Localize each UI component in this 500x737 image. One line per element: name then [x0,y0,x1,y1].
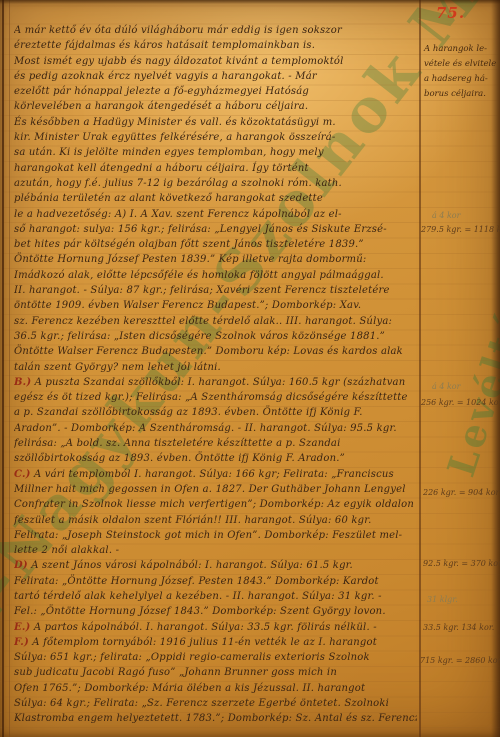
text-line: Felirata: „Joseph Steinstock got mich in… [14,528,417,543]
text-line: Klastromba engem helyeztetett. 1783.”; D… [14,711,417,726]
text-line-body: A puszta Szandai szöllőkből: I. harangot… [31,377,405,388]
margin-note-total-f: 715 kgr. = 2860 kor. [420,654,500,668]
text-line: C.) A vári templomból I. harangot. Súlya… [14,467,417,482]
text-line: talán szent György? nem lehet jól látni. [14,360,417,375]
margin-note-total-b: 256 kgr. = 1024 kor. [421,396,500,410]
text-line: a p. Szandai szöllőbirtokosság az 1893. … [14,405,417,420]
text-line-body: A szent János városi kápolnából: I. hara… [28,560,353,571]
text-line: Felirata: „Öntötte Hornung József. Peste… [14,574,417,589]
left-edge-line [2,0,4,737]
section-letter-B: B.) [14,377,31,388]
margin-note-rate-b: á 4 kor [432,380,460,394]
text-line: Imádkozó alak, előtte lépcsőféle és homl… [14,268,417,283]
margin-note-total-a: 279.5 kgr. = 1118 kor. [421,223,500,237]
text-line: azután, hogy f.é. julius 7-12 ig bezáról… [14,176,417,191]
section-letter-C: C.) [14,469,31,480]
text-line: sz. Ferencz kezében kereszttel előtte té… [14,314,417,329]
text-line: II. harangot. - Súlya: 87 kgr.; felirása… [14,283,417,298]
text-line: Öntötte Walser Ferencz Budapesten.” Domb… [14,344,417,359]
text-line: bet hites pár költségén olajban főtt sze… [14,237,417,252]
text-line: ső harangot: sulya: 156 kgr.; felirása: … [14,222,417,237]
manuscript-text: A már kettő év óta dúló világháboru már … [14,23,417,727]
text-line-body: A partos kápolnából. I. harangot. Súlya:… [30,622,376,633]
margin-note-rate-a: á 4 kor [432,209,460,223]
text-line: harangokat kell átengedni a háboru célja… [14,161,417,176]
text-line: B.) A puszta Szandai szöllőkből: I. hara… [14,375,417,390]
text-line: Aradon”. - Domborkép: A Szentháromság. -… [14,421,417,436]
section-letter-F: F.) [14,637,29,648]
text-line: sa után. Ki is jelölte minden egyes temp… [14,145,417,160]
text-line: és pedig azoknak ércz nyelvét vagyis a h… [14,69,417,84]
text-line: Ofen 1765.”; Domborkép: Mária ölében a k… [14,681,417,696]
text-line: E.) A partos kápolnából. I. harangot. Sú… [14,620,417,635]
text-line: öntötte 1909. évben Walser Ferencz Budap… [14,298,417,313]
text-line: Súlya: 651 kgr.; felirata: „Oppidi regio… [14,650,417,665]
text-line-body: A főtemplom tornyából: 1916 julius 11-én… [29,637,377,648]
manuscript-page: Jász-Nagykun-Szolnok Megyei Levéltár 75.… [0,0,500,737]
text-line: szöllőbirtokosság az 1893. évben. Öntött… [14,451,417,466]
text-line: 36.5 kgr.; felirása: „Isten dicsőségére … [14,329,417,344]
text-line: feszület a másik oldalon szent Flórián!!… [14,513,417,528]
text-line: le a hadvezetőség: A) I. A Xav. szent Fe… [14,207,417,222]
margin-note-total-d: 92.5 kgr. = 370 kor. [423,557,500,571]
text-line: Confrater in Szolnok liesse mich verfert… [14,497,417,512]
text-line: felirása: „A bold. sz. Anna tiszteletére… [14,436,417,451]
text-line: Öntötte Hornung József Pesten 1839.” Kép… [14,252,417,267]
right-margin-rule [419,0,421,737]
page-number: 75. [436,4,465,22]
text-line: Súlya: 64 kgr.; Felirata: „Sz. Ferencz s… [14,696,417,711]
text-line: lette 2 női alakkal. - [14,543,417,558]
text-line: sub judicatu Jacobi Ragó fuso” „Johann B… [14,665,417,680]
text-line: És későbben a Hadügy Minister és vall. é… [14,115,417,130]
left-margin-line [9,0,10,737]
text-line: Millner hait mich gegossen in Ofen a. 18… [14,482,417,497]
text-line: F.) A főtemplom tornyából: 1916 julius 1… [14,635,417,650]
section-letter-E: E.) [14,622,30,633]
margin-note-total-e: 33.5 kgr. 134 kor. [423,621,494,635]
text-line: ezelőtt pár hónappal jelezte a fő-egyház… [14,84,417,99]
margin-note-weight-d2: 31 klgr. [427,593,458,607]
text-line: kir. Minister Urak együttes felkérésére,… [14,130,417,145]
text-line-body: A vári templomból I. harangot. Súlya: 16… [31,469,394,480]
text-line: éreztette fájdalmas és káros hatásait te… [14,38,417,53]
text-line: plébánia területén az alant következő ha… [14,191,417,206]
text-line: Most ismét egy ujabb és nagy áldozatot k… [14,54,417,69]
text-line: D) A szent János városi kápolnából: I. h… [14,558,417,573]
margin-note-total-c: 226 kgr. = 904 kor. [423,486,500,500]
margin-note-subject: A harangok le- vétele és elvitele a hads… [424,42,500,103]
page-top-edge [0,0,500,4]
text-line: Fel.: „Öntötte Hornung József 1843.” Dom… [14,604,417,619]
text-line: tartó térdelő alak kehelylyel a kezében.… [14,589,417,604]
section-letter-D: D) [14,560,28,571]
text-line: A már kettő év óta dúló világháboru már … [14,23,417,38]
text-line: egész és öt tized kgr.); Felirása: „A Sz… [14,390,417,405]
text-line: körlevelében a harangok átengedését a há… [14,99,417,114]
